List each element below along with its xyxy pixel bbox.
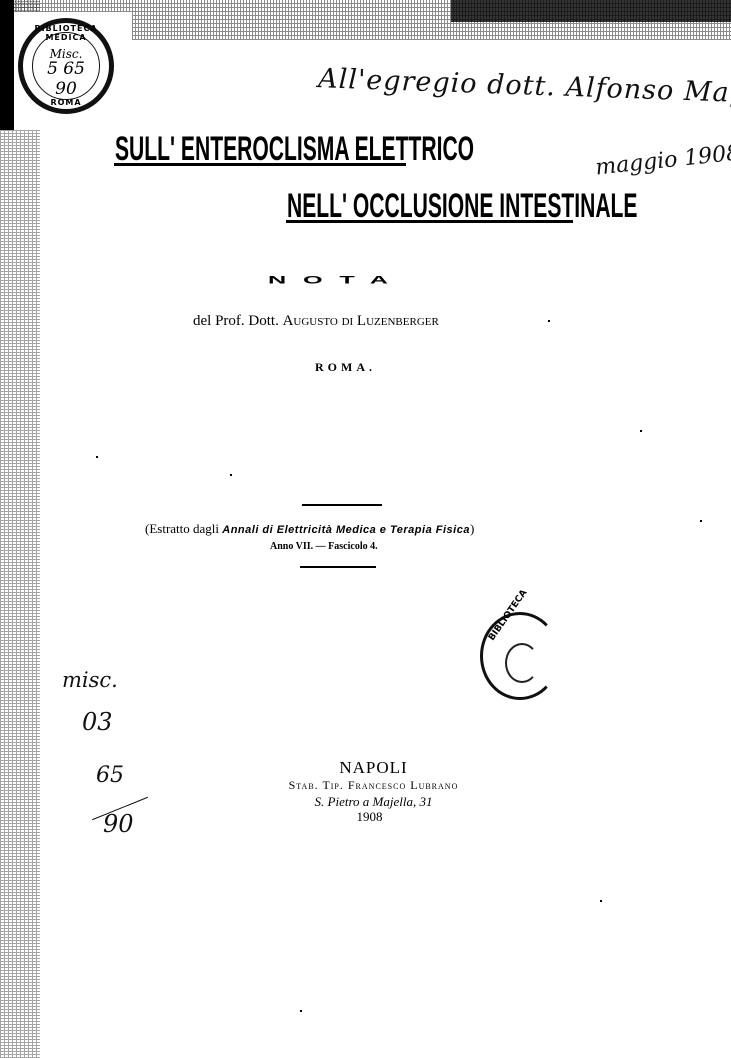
author-city: ROMA. (315, 360, 376, 375)
subtitle-nota: NOTA (268, 274, 405, 287)
imprint-address: S. Pietro a Majella, 31 (8, 794, 731, 810)
handwritten-dedication: All'egregio dott. Alfonso Maggiora (318, 63, 731, 112)
handwritten-date: maggio 1908 (594, 140, 731, 180)
scan-shadow-top (451, 0, 731, 22)
scan-speck (700, 520, 702, 522)
stamp-ring-text-top: BIBLIOTECA MEDICA (23, 24, 109, 42)
title-underline-2 (286, 220, 573, 223)
scan-noise-left (0, 0, 40, 1058)
imprint-city: NAPOLI (8, 758, 731, 778)
imprint-press: Stab. Tip. Francesco Lubrano (8, 778, 731, 793)
scan-speck (300, 1010, 302, 1012)
extract-note: (Estratto dagli Annali di Elettricità Me… (145, 521, 474, 537)
scan-speck (96, 456, 98, 458)
scan-speck (640, 430, 642, 432)
shelfmark-line: misc. (62, 668, 118, 692)
author-prefix: del Prof. Dott. (193, 313, 283, 329)
stamp-handwritten-line: 90 (23, 79, 109, 99)
scanned-page: BIBLIOTECA MEDICA ROMA Misc. 5 65 90 All… (0, 0, 731, 1058)
divider-rule (300, 566, 376, 568)
author-name: Augusto di Luzenberger (283, 313, 439, 329)
divider-rule (302, 504, 382, 506)
stamp-seal-emblem (505, 643, 539, 683)
imprint-year: 1908 (4, 809, 731, 825)
library-stamp-top: BIBLIOTECA MEDICA ROMA Misc. 5 65 90 (18, 18, 114, 114)
shelfmark-line: 03 (82, 708, 113, 736)
extract-prefix: (Estratto dagli (145, 521, 222, 536)
extract-suffix: ) (470, 521, 474, 536)
stamp-ring-text: BIBLIOTECA (487, 588, 529, 643)
title-underline-1 (114, 163, 406, 166)
scan-speck (548, 320, 550, 322)
stamp-handwritten-line: 5 65 (23, 59, 109, 79)
issue-line: Anno VII. — Fascicolo 4. (270, 541, 378, 552)
library-stamp-middle: BIBLIOTECA (480, 612, 560, 700)
scan-speck (600, 900, 602, 902)
stamp-ring-text-bottom: ROMA (23, 98, 109, 107)
scan-shadow-left (0, 0, 14, 130)
author-line: del Prof. Dott. Augusto di Luzenberger (193, 313, 439, 330)
scan-speck (230, 474, 232, 476)
journal-name: Annali di Elettricità Medica e Terapia F… (222, 524, 470, 536)
